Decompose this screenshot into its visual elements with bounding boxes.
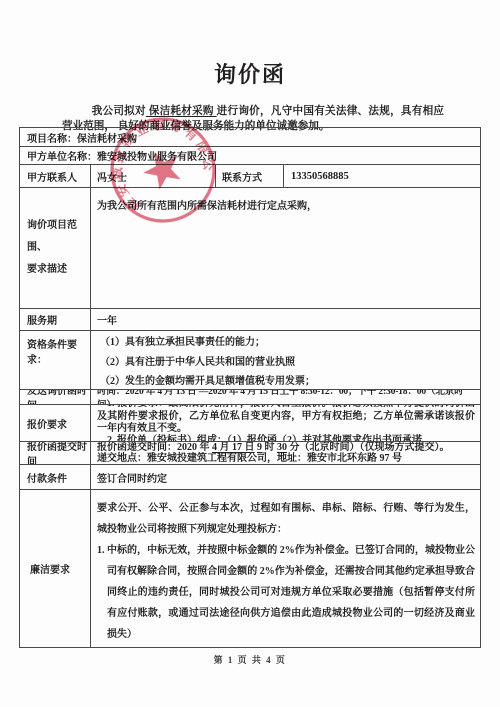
page-title: 询价函	[0, 58, 500, 89]
row-qualification: 资格条件要求： （1）具有独立承担民事责任的能力； （2）具有注册于中华人民共和…	[20, 331, 480, 390]
party-a-company-cell: 甲方单位名称：雅安城投物业服务有限公司	[20, 147, 480, 164]
send-time-value: 时间：2020 年 4 月 13 日 —2020 年 4 月 15 日上午 8:…	[91, 390, 480, 404]
scope-label-line1: 询价项目范围、	[27, 215, 90, 259]
quote-requirements-label: 报价要求	[20, 405, 91, 441]
row-submit-time: 报价函提交时间 报价函递交时间：2020 年 4 月 17 日 9 时 30 分…	[20, 442, 480, 465]
send-time-label: 发送询价函时间	[20, 390, 91, 404]
project-name-cell: 项目名称：保洁耗材采购	[20, 128, 480, 146]
scope-content-cell: 为我公司所有范围内所需保洁耗材进行定点采购，	[91, 188, 480, 308]
intro-text-before: 我公司拟对	[92, 106, 146, 117]
service-period-value: 一年	[91, 309, 480, 330]
inquiry-form-table: 项目名称：保洁耗材采购 甲方单位名称：雅安城投物业服务有限公司 甲方联系人 冯女…	[19, 127, 481, 648]
qualification-item: （1）具有独立承担民事责任的能力；	[97, 333, 475, 353]
quote-requirement-para2: 2. 报价单（投标书）组成：（1）报价函（2）并对其他要求作出书面承诺	[97, 435, 475, 441]
scope-content-text: 为我公司所有范围内所需保洁耗材进行定点采购，	[97, 197, 475, 212]
phone-label: 联系方式	[216, 165, 284, 187]
submit-time-cell: 报价函递交时间：2020 年 4 月 17 日 9 时 30 分（北京时间）（仅…	[91, 442, 480, 464]
row-integrity: 廉洁要求 要求公开、公平、公正参与本次，过程如有围标、串标、陪标、行贿、等行为发…	[20, 490, 480, 647]
submit-time-text: 分（北京时间）（仅现场方式提交）。	[287, 442, 450, 453]
quote-requirements-cell: 1. 报价要求：最高限价见附件，报价人自主报价。报价必须按照甲方提供的询价函及其…	[91, 405, 480, 441]
scope-label: 询价项目范围、 要求描述	[20, 188, 91, 308]
integrity-para3: 2. 其他违规方向城投物业公司按照中标金额的 2%支付补偿金。	[97, 645, 475, 647]
payment-terms-label: 付款条件	[20, 465, 91, 489]
contact-label: 甲方联系人	[20, 165, 91, 187]
submit-time-text: 时	[262, 442, 277, 453]
service-period-label: 服务期	[20, 309, 91, 330]
row-party-a-company: 甲方单位名称：雅安城投物业服务有限公司	[20, 147, 480, 165]
payment-terms-value: 签订合同时约定	[91, 465, 480, 489]
integrity-cell: 要求公开、公平、公正参与本次，过程如有围标、串标、陪标、行贿、等行为发生，城投物…	[91, 490, 480, 647]
integrity-para1: 要求公开、公平、公正参与本次，过程如有围标、串标、陪标、行贿、等行为发生，城投物…	[97, 498, 475, 540]
scope-label-line2: 要求描述	[27, 259, 90, 281]
quote-requirement-para1: 1. 报价要求：最高限价见附件，报价人自主报价。报价必须按照甲方提供的询价函及其…	[97, 405, 475, 435]
row-service-period: 服务期 一年	[20, 309, 480, 331]
row-contact: 甲方联系人 冯女士 联系方式 13350568885	[20, 165, 480, 188]
submit-time-label: 报价函提交时间	[20, 442, 91, 464]
submit-date-underlined: 4 月 17 日	[212, 442, 255, 453]
qualification-item: （2）发生的金额均需开具足额增值税专用发票；	[97, 372, 475, 389]
submit-place-line2: 递交地点：雅安城投建筑工程有限公司，地址：雅安市北环东路 97 号	[97, 453, 475, 464]
submit-time-text: 报价函递交时间：2020 年	[97, 442, 212, 453]
integrity-label: 廉洁要求	[20, 490, 91, 647]
row-send-time: 发送询价函时间 时间：2020 年 4 月 13 日 —2020 年 4 月 1…	[20, 390, 480, 405]
phone-number-cell: 13350568885	[284, 165, 480, 187]
qualification-items-cell: （1）具有独立承担民事责任的能力； （2）具有注册于中华人民共和国的营业执照 （…	[91, 331, 480, 389]
page-footer: 第 1 页 共 4 页	[0, 653, 500, 666]
submit-time-line1: 报价函递交时间：2020 年 4 月 17 日 9 时 30 分（北京时间）（仅…	[97, 442, 475, 453]
row-payment-terms: 付款条件 签订合同时约定	[20, 465, 480, 490]
row-scope: 询价项目范围、 要求描述 为我公司所有范围内所需保洁耗材进行定点采购，	[20, 188, 480, 309]
qualification-label: 资格条件要求：	[20, 331, 91, 389]
contact-name-cell: 冯女士	[91, 165, 216, 187]
qualification-item: （2）具有注册于中华人民共和国的营业执照	[97, 353, 475, 373]
row-project-name: 项目名称：保洁耗材采购	[20, 128, 480, 147]
integrity-para2: 1. 中标的，中标无效，并按照中标金额的 2%作为补偿金。已签订合同的，城投物业…	[97, 540, 475, 645]
submit-minute-underlined: 30	[277, 442, 287, 453]
intro-underlined-subject: 保洁耗材采购	[146, 106, 217, 117]
row-quote-requirements: 报价要求 1. 报价要求：最高限价见附件，报价人自主报价。报价必须按照甲方提供的…	[20, 405, 480, 442]
